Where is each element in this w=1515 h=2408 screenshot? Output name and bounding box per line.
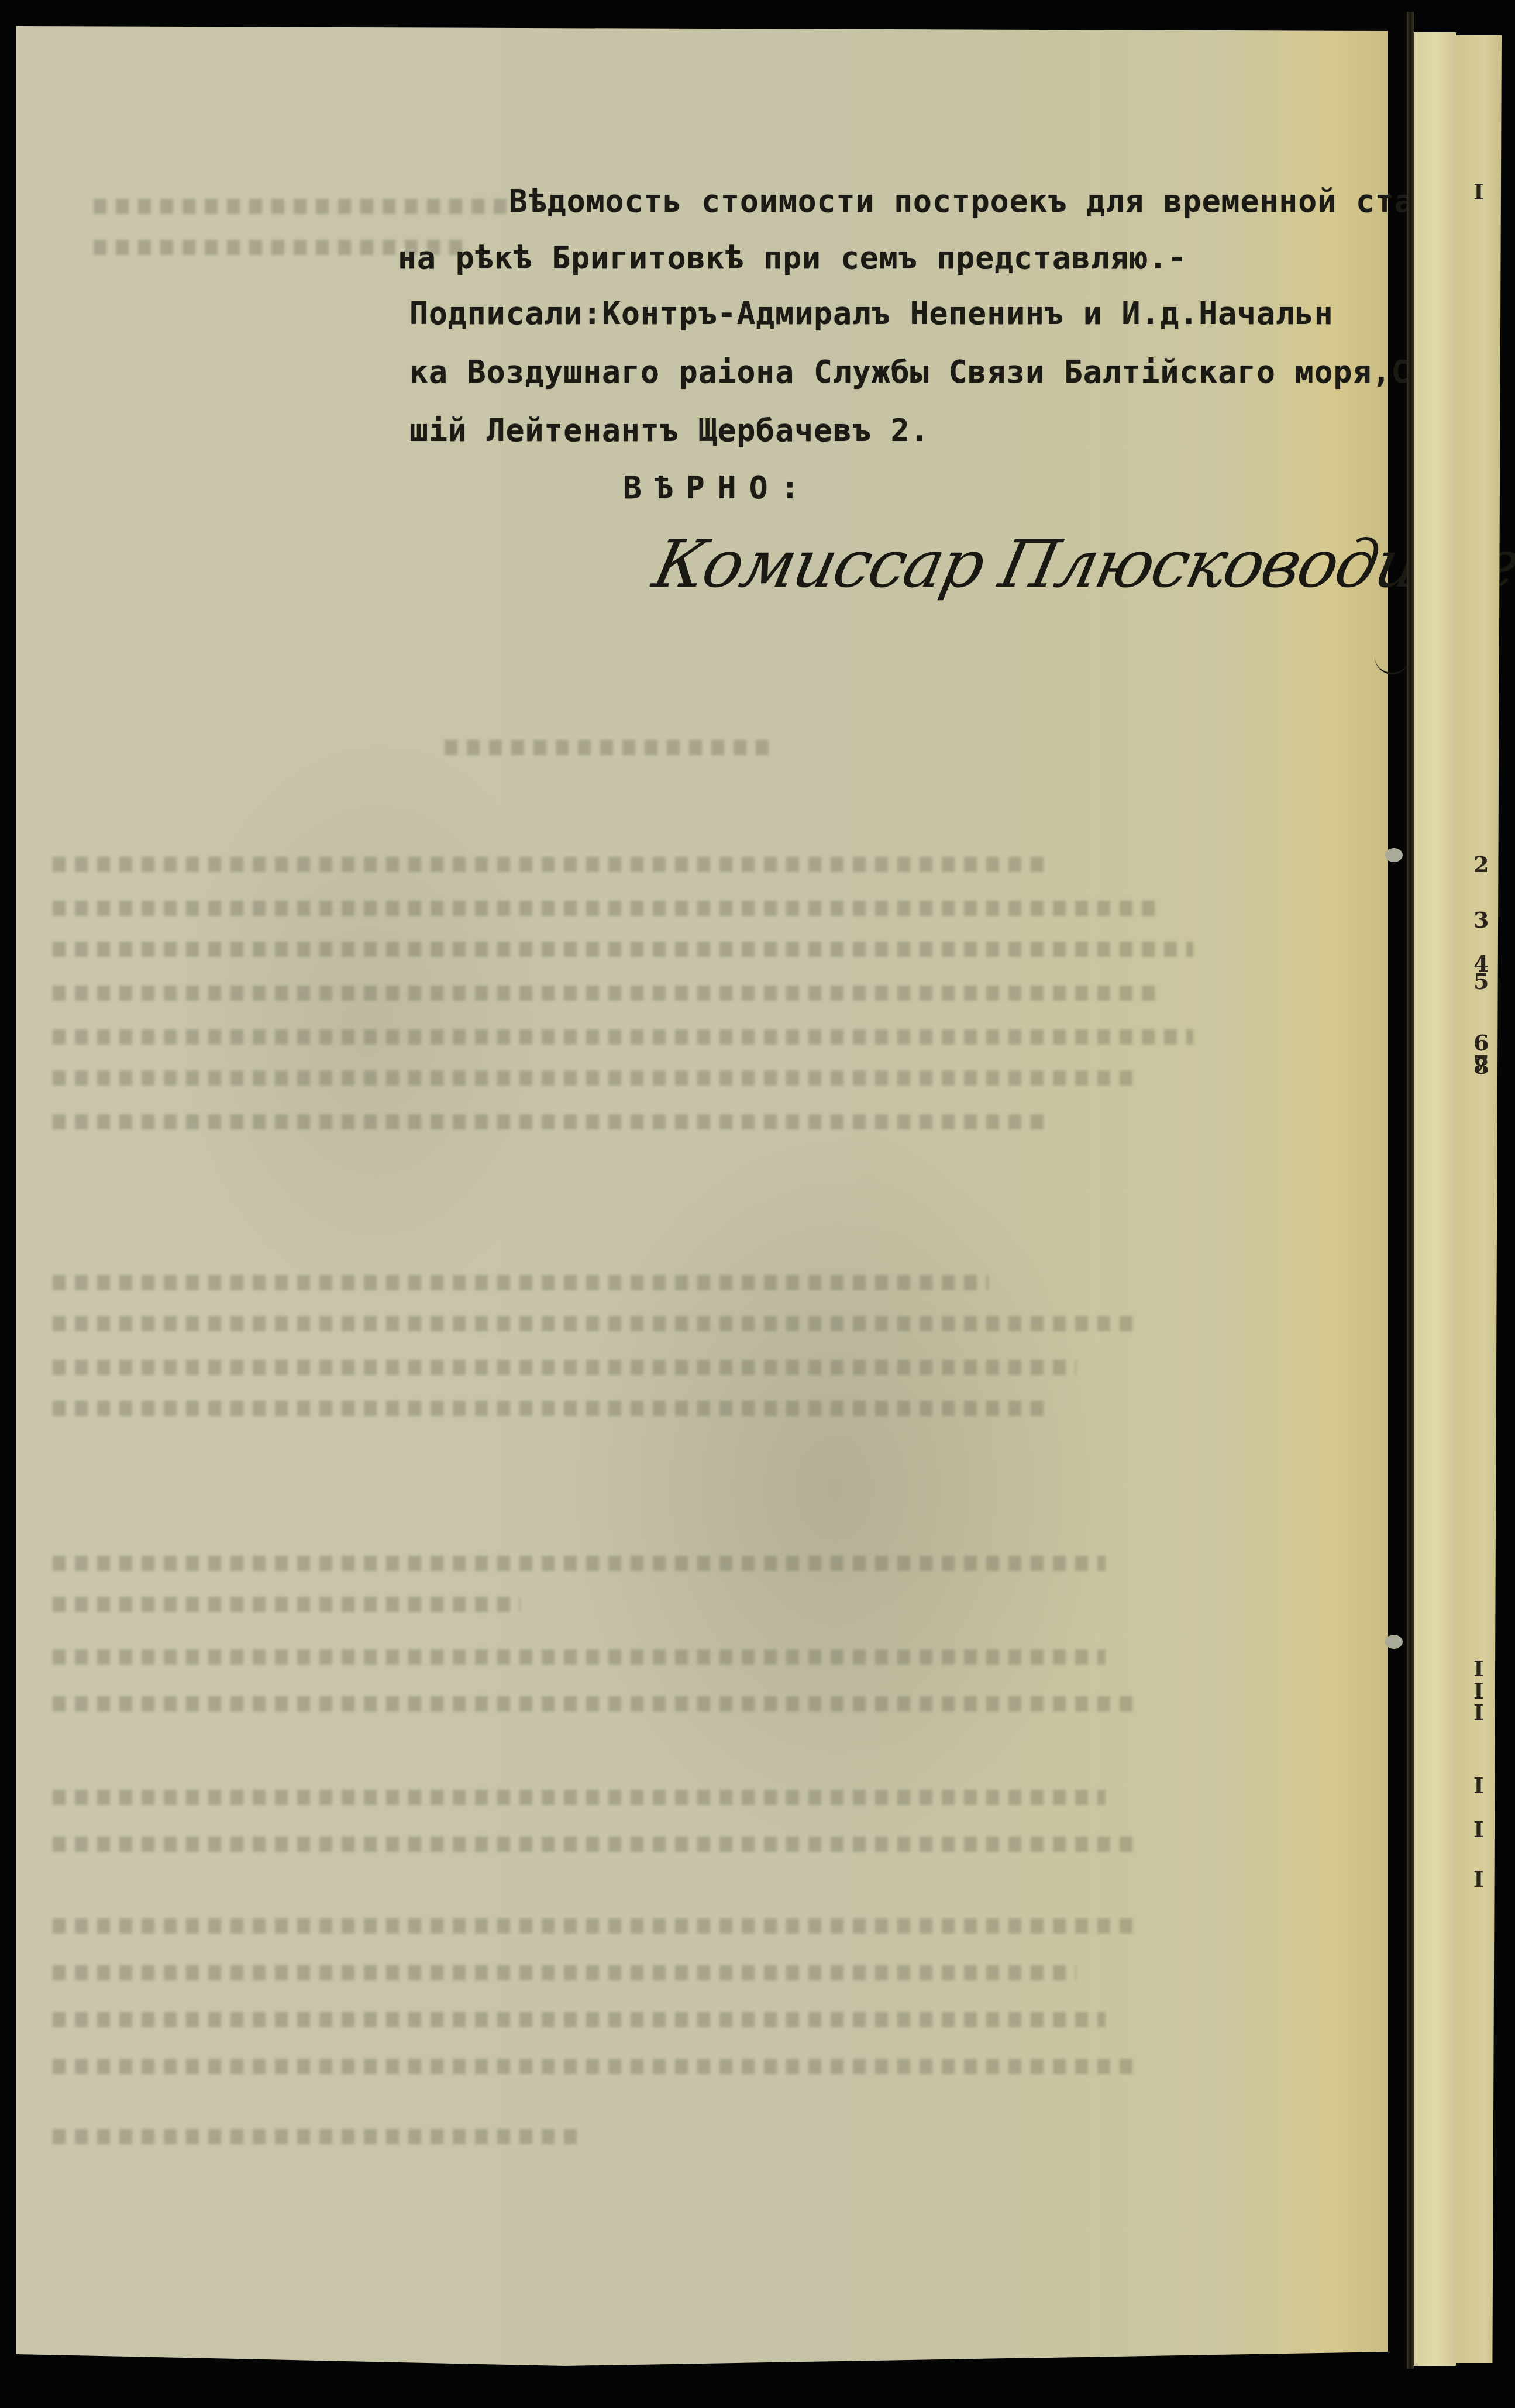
bleed-through-line — [53, 901, 1164, 916]
bleed-through-line — [53, 1275, 989, 1290]
margin-mark: 5 — [1473, 968, 1489, 994]
bleed-through-line — [53, 1360, 1076, 1375]
document-line-3: Подписали:Контръ-Адмиралъ Непенинъ и И.д… — [409, 298, 1334, 329]
bleed-through-line — [53, 2012, 1106, 2027]
binding-hole — [1385, 848, 1403, 862]
bleed-through-line — [53, 1029, 1193, 1045]
margin-mark: I — [1473, 178, 1484, 205]
bleed-through-line — [53, 1070, 1135, 1086]
bleed-through-line — [94, 199, 515, 214]
bleed-through-line — [53, 1114, 1047, 1129]
bleed-through-line — [53, 1965, 1076, 1980]
bleed-through-line — [53, 857, 1047, 872]
binding-fold-strip — [1414, 32, 1456, 2366]
bleed-through-line — [53, 1837, 1135, 1852]
handwritten-signature: Комиссар Плюсководищев — [647, 526, 1515, 602]
margin-mark: 2 — [1473, 851, 1489, 877]
document-line-1: Вѣдомость стоимости построекъ для времен… — [509, 186, 1490, 217]
bleed-through-line — [53, 1316, 1135, 1331]
margin-mark: I — [1473, 1772, 1484, 1799]
bleed-through-line — [53, 1556, 1106, 1571]
adjacent-page-edge: I 2 3 4 5 6 7 8 I I I I I I — [1456, 35, 1502, 2363]
margin-mark: I — [1473, 1816, 1484, 1842]
binding-spine — [1407, 12, 1414, 2369]
bleed-through-line — [53, 1597, 521, 1612]
bleed-through-line — [53, 1918, 1135, 1934]
margin-mark: 8 — [1473, 1053, 1489, 1079]
document-line-4: ка Воздушнаго раiона Службы Связи Балтiй… — [409, 357, 1468, 388]
bleed-through-line — [53, 1649, 1106, 1665]
margin-mark: I — [1473, 1699, 1484, 1725]
bleed-through-line — [53, 2129, 579, 2144]
bleed-through-line — [53, 1790, 1106, 1805]
bleed-through-line — [53, 1401, 1047, 1416]
bleed-through-line — [53, 1696, 1135, 1711]
document-line-5: шiй Лейтенантъ Щербачевъ 2. — [409, 415, 929, 446]
certification-label: ВѢРНО: — [623, 473, 812, 504]
document-line-2: на рѣкѣ Бригитовкѣ при семъ представляю.… — [398, 243, 1187, 274]
margin-mark: 3 — [1473, 907, 1489, 933]
bleed-through-line — [53, 986, 1164, 1001]
bleed-through-line — [53, 2059, 1135, 2074]
margin-mark: I — [1473, 1866, 1484, 1892]
binding-hole — [1385, 1635, 1403, 1649]
bleed-through-line — [445, 740, 772, 755]
bleed-through-line — [53, 942, 1193, 957]
